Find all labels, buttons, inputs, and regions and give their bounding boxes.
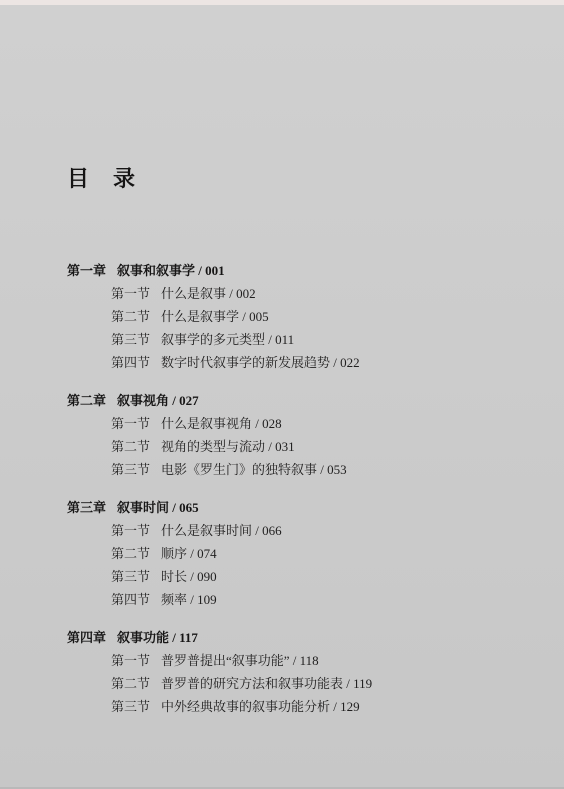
section-label: 第四节 [111, 588, 150, 611]
chapter-block-3: 第三章 叙事时间 / 065 第一节 什么是叙事时间 / 066 第二节 顺序 … [67, 496, 534, 611]
chapter-heading: 叙事功能 / 117 [117, 626, 198, 649]
section-row: 第一节 普罗普提出“叙事功能” / 118 [67, 649, 534, 672]
section-title: 电影《罗生门》的独特叙事 / 053 [161, 458, 347, 481]
section-row: 第一节 什么是叙事视角 / 028 [67, 412, 534, 435]
section-title: 什么是叙事学 / 005 [161, 305, 269, 328]
section-title: 普罗普提出“叙事功能” / 118 [161, 649, 319, 672]
section-label: 第二节 [111, 542, 150, 565]
section-title: 什么是叙事 / 002 [161, 282, 256, 305]
chapter-label: 第二章 [67, 389, 106, 412]
chapter-block-4: 第四章 叙事功能 / 117 第一节 普罗普提出“叙事功能” / 118 第二节… [67, 626, 534, 718]
section-title: 数字时代叙事学的新发展趋势 / 022 [161, 351, 360, 374]
section-row: 第四节 频率 / 109 [67, 588, 534, 611]
section-label: 第二节 [111, 305, 150, 328]
section-label: 第二节 [111, 435, 150, 458]
section-row: 第二节 顺序 / 074 [67, 542, 534, 565]
section-row: 第三节 中外经典故事的叙事功能分析 / 129 [67, 695, 534, 718]
section-title: 时长 / 090 [161, 565, 217, 588]
section-row: 第二节 普罗普的研究方法和叙事功能表 / 119 [67, 672, 534, 695]
chapter-row: 第三章 叙事时间 / 065 [67, 496, 534, 519]
section-title: 顺序 / 074 [161, 542, 217, 565]
section-label: 第三节 [111, 695, 150, 718]
chapter-heading: 叙事和叙事学 / 001 [117, 259, 225, 282]
chapter-label: 第三章 [67, 496, 106, 519]
section-title: 什么是叙事视角 / 028 [161, 412, 282, 435]
section-label: 第一节 [111, 649, 150, 672]
chapter-block-1: 第一章 叙事和叙事学 / 001 第一节 什么是叙事 / 002 第二节 什么是… [67, 259, 534, 374]
section-row: 第一节 什么是叙事时间 / 066 [67, 519, 534, 542]
section-label: 第一节 [111, 412, 150, 435]
section-row: 第四节 数字时代叙事学的新发展趋势 / 022 [67, 351, 534, 374]
section-label: 第二节 [111, 672, 150, 695]
page-top-edge [0, 0, 564, 5]
section-row: 第三节 时长 / 090 [67, 565, 534, 588]
chapter-block-2: 第二章 叙事视角 / 027 第一节 什么是叙事视角 / 028 第二节 视角的… [67, 389, 534, 481]
section-label: 第四节 [111, 351, 150, 374]
section-row: 第二节 视角的类型与流动 / 031 [67, 435, 534, 458]
scanned-book-page: 目 录 第一章 叙事和叙事学 / 001 第一节 什么是叙事 / 002 第二节… [0, 0, 564, 789]
section-title: 什么是叙事时间 / 066 [161, 519, 282, 542]
chapter-label: 第一章 [67, 259, 106, 282]
section-label: 第三节 [111, 458, 150, 481]
section-title: 视角的类型与流动 / 031 [161, 435, 295, 458]
toc-title: 目 录 [67, 162, 136, 193]
toc-list: 第一章 叙事和叙事学 / 001 第一节 什么是叙事 / 002 第二节 什么是… [67, 259, 534, 733]
chapter-row: 第一章 叙事和叙事学 / 001 [67, 259, 534, 282]
chapter-heading: 叙事时间 / 065 [117, 496, 199, 519]
section-title: 普罗普的研究方法和叙事功能表 / 119 [161, 672, 372, 695]
section-row: 第二节 什么是叙事学 / 005 [67, 305, 534, 328]
section-label: 第一节 [111, 282, 150, 305]
section-title: 中外经典故事的叙事功能分析 / 129 [161, 695, 360, 718]
chapter-heading: 叙事视角 / 027 [117, 389, 199, 412]
section-row: 第三节 电影《罗生门》的独特叙事 / 053 [67, 458, 534, 481]
section-label: 第三节 [111, 328, 150, 351]
chapter-label: 第四章 [67, 626, 106, 649]
section-label: 第三节 [111, 565, 150, 588]
chapter-row: 第四章 叙事功能 / 117 [67, 626, 534, 649]
section-row: 第一节 什么是叙事 / 002 [67, 282, 534, 305]
chapter-row: 第二章 叙事视角 / 027 [67, 389, 534, 412]
section-title: 叙事学的多元类型 / 011 [161, 328, 294, 351]
section-title: 频率 / 109 [161, 588, 217, 611]
section-row: 第三节 叙事学的多元类型 / 011 [67, 328, 534, 351]
section-label: 第一节 [111, 519, 150, 542]
